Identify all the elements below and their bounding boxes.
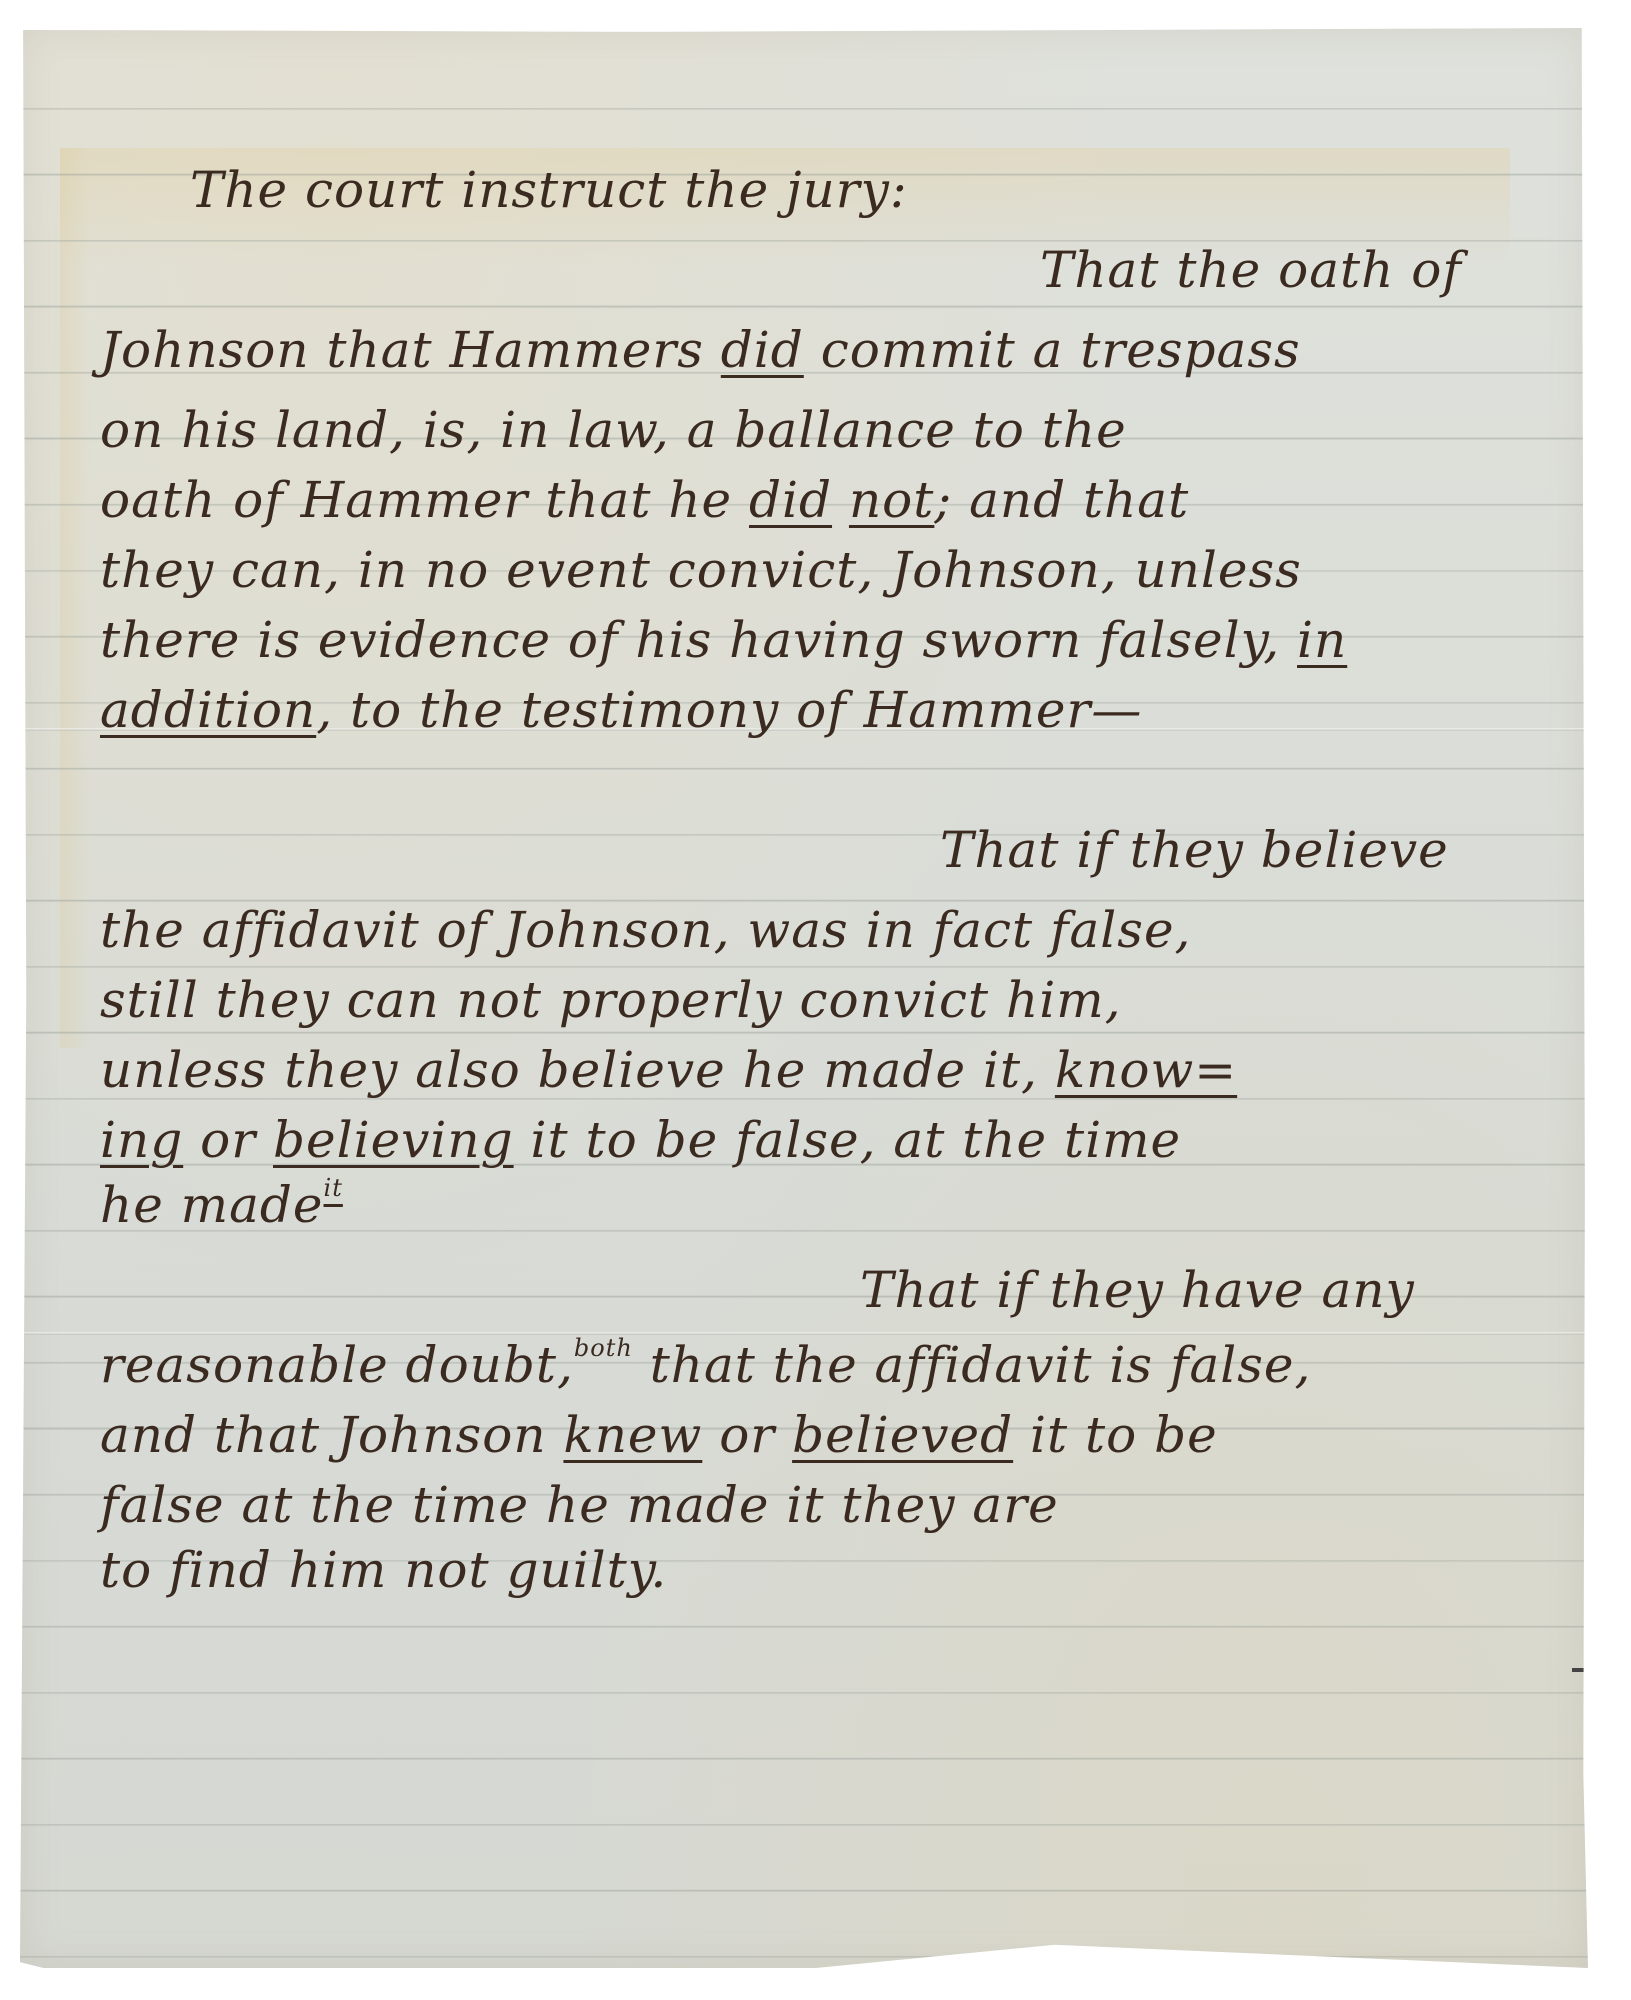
line-text: , to the testimony of Hammer— — [316, 681, 1142, 739]
line-text: and that Johnson — [100, 1406, 563, 1464]
paragraph-1-line-3: on his land, is, in law, a ballance to t… — [100, 400, 1127, 460]
paragraph-3-line-1: That if they have any — [860, 1260, 1415, 1320]
line-text: the affidavit of Johnson, was in fact fa… — [100, 901, 1191, 959]
line-text: on his land, is, in law, a ballance to t… — [100, 401, 1127, 459]
edge-stain — [60, 148, 90, 1048]
paragraph-3-line-2: reasonable doubt,both that the affidavit… — [100, 1335, 1311, 1404]
line-text: they can, in no event convict, Johnson, … — [100, 541, 1302, 599]
paragraph-1-line-4: oath of Hammer that he did not; and that — [100, 470, 1189, 530]
underlined-word: know= — [1055, 1041, 1237, 1099]
paragraph-1-line-5: they can, in no event convict, Johnson, … — [100, 540, 1302, 600]
paragraph-1-line-1: That the oath of — [1040, 240, 1462, 300]
paragraph-1-line-6: there is evidence of his having sworn fa… — [100, 610, 1347, 670]
line-text: That the oath of — [1040, 241, 1462, 299]
underlined-word: knew — [563, 1406, 702, 1464]
paragraph-2-line-3: still they can not properly convict him, — [100, 970, 1122, 1030]
line-text: to find him not guilty. — [100, 1541, 667, 1599]
line-text: it to be false, at the time — [514, 1111, 1181, 1169]
paragraph-3-line-3: and that Johnson knew or believed it to … — [100, 1405, 1218, 1465]
heading-text: The court instruct the jury: — [190, 161, 908, 219]
paragraph-1-line-2: Johnson that Hammers did commit a trespa… — [100, 320, 1301, 380]
line-text: that the affidavit is false, — [633, 1336, 1312, 1394]
underlined-word: believed — [792, 1406, 1013, 1464]
paragraph-2-line-5: ing or believing it to be false, at the … — [100, 1110, 1181, 1170]
paragraph-1-line-7: addition, to the testimony of Hammer— — [100, 680, 1142, 740]
underlined-word: ing — [100, 1111, 183, 1169]
paragraph-2-line-1: That if they believe — [940, 820, 1449, 880]
line-text: or — [702, 1406, 792, 1464]
line-text: That if they believe — [940, 821, 1449, 879]
line-text: unless they also believe he made it, — [100, 1041, 1055, 1099]
line-text: or — [183, 1111, 273, 1169]
line-text: there is evidence of his having sworn fa… — [100, 611, 1297, 669]
space — [832, 471, 849, 529]
underlined-word: believing — [273, 1111, 514, 1169]
edge-mark — [1572, 1668, 1588, 1672]
paragraph-2-line-4: unless they also believe he made it, kno… — [100, 1040, 1237, 1100]
paragraph-2-line-6: he madeit — [100, 1175, 343, 1244]
line-text: he made — [100, 1176, 324, 1234]
line-text: oath of Hammer that he — [100, 471, 749, 529]
line-text: commit a trespass — [804, 321, 1301, 379]
line-text: That if they have any — [860, 1261, 1415, 1319]
line-text: it to be — [1013, 1406, 1218, 1464]
line-text: Johnson that Hammers — [100, 321, 721, 379]
interlineation: both — [574, 1334, 633, 1362]
underlined-word: not — [849, 471, 934, 529]
paragraph-3-line-5: to find him not guilty. — [100, 1540, 667, 1600]
paragraph-3-line-4: false at the time he made it they are — [100, 1475, 1059, 1535]
underlined-word: did — [721, 321, 804, 379]
line-text: false at the time he made it they are — [100, 1476, 1059, 1534]
underlined-word: in — [1297, 611, 1347, 669]
interlined-word: it — [324, 1174, 343, 1202]
heading: The court instruct the jury: — [190, 160, 908, 220]
underlined-word: did — [749, 471, 832, 529]
underlined-word: addition — [100, 681, 316, 739]
line-text: ; and that — [934, 471, 1189, 529]
paragraph-2-line-2: the affidavit of Johnson, was in fact fa… — [100, 900, 1191, 960]
line-text: reasonable doubt, — [100, 1336, 574, 1394]
line-text: still they can not properly convict him, — [100, 971, 1122, 1029]
